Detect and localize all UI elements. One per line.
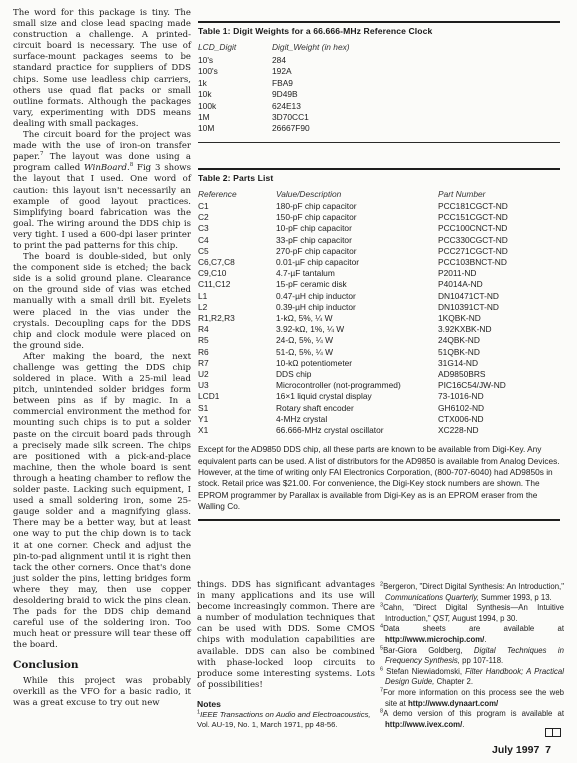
table-row: L20.39-µH chip inductorDN10391CT-ND — [198, 302, 560, 313]
table-row: R524-Ω, 5%, ¼ W24QBK-ND — [198, 335, 560, 346]
cell-digit: 10M — [198, 123, 272, 134]
cell-digit: 10's — [198, 55, 272, 66]
cell-reference: R5 — [198, 335, 276, 346]
cell-description: 4.7-µF tantalum — [276, 268, 438, 279]
cell-part-number: PCC151CGCT-ND — [438, 212, 508, 223]
middle-column: things. DDS has significant advantages i… — [197, 580, 375, 729]
page-number: 7 — [545, 744, 551, 756]
table-row: C433-pF chip capacitorPCC330CGCT-ND — [198, 235, 560, 246]
cell-description: 16×1 liquid crystal display — [276, 391, 438, 402]
cell-reference: R1,R2,R3 — [198, 313, 276, 324]
cell-part-number: PCC330CGCT-ND — [438, 235, 508, 246]
note-text: pp 107-118. — [460, 656, 503, 665]
notes-heading: Notes — [197, 699, 375, 710]
table-row: Y14-MHz crystalCTX006-ND — [198, 414, 560, 425]
cell-description: 1-kΩ, 5%, ¼ W — [276, 313, 438, 324]
end-of-article-icon — [545, 728, 561, 737]
note-text: . — [484, 635, 486, 644]
table-row: R710-kΩ potentiometer31G14-ND — [198, 358, 560, 369]
table-top-rule — [198, 168, 560, 170]
cell-part-number: PCC100CNCT-ND — [438, 223, 507, 234]
table-row: C11,C1215-pF ceramic diskP4014A-ND — [198, 279, 560, 290]
cell-reference: R7 — [198, 358, 276, 369]
table-row: R1,R2,R31-kΩ, 5%, ¼ W1KQBK-ND — [198, 313, 560, 324]
table-row: X166.666-MHz crystal oscillatorXC228-ND — [198, 425, 560, 436]
table-note: Except for the AD9850 DDS chip, all thes… — [198, 444, 560, 512]
cell-description: Microcontroller (not-programmed) — [276, 380, 438, 391]
note-text: Data sheets are available at — [383, 624, 564, 633]
table-body: C1180-pF chip capacitorPCC181CGCT-ND C21… — [198, 201, 560, 436]
notes-list: 2Bergeron, "Direct Digital Synthesis: An… — [380, 582, 564, 730]
note-text: A demo version of this program is availa… — [383, 709, 564, 718]
cell-reference: LCD1 — [198, 391, 276, 402]
note-5: 5Bar-Giora Goldberg, Digital Techniques … — [380, 646, 564, 667]
cell-reference: C2 — [198, 212, 276, 223]
cell-part-number: 31G14-ND — [438, 358, 478, 369]
cell-part-number: PIC16C54/JW-ND — [438, 380, 506, 391]
cell-weight: 192A — [272, 66, 292, 77]
cell-part-number: 3.92KXBK-ND — [438, 324, 492, 335]
cell-description: Rotary shaft encoder — [276, 403, 438, 414]
table-parts-list: Table 2: Parts List Reference Value/Desc… — [198, 168, 560, 521]
paragraph-double-sided: The board is double-sided, but only the … — [13, 252, 191, 352]
header-part-number: Part Number — [438, 189, 485, 199]
table-row: U3Microcontroller (not-programmed)PIC16C… — [198, 380, 560, 391]
note-4: 4Data sheets are available at http://www… — [380, 624, 564, 645]
table-title: Table 1: Digit Weights for a 66.666-MHz … — [198, 26, 560, 36]
table-row: 10's284 — [198, 55, 560, 66]
table-row: R651-Ω, 5%, ¼ W51QBK-ND — [198, 347, 560, 358]
table-row: 1M3D70CC1 — [198, 112, 560, 123]
note-text: Summer 1993, p 13. — [479, 593, 552, 602]
cell-weight: FBA9 — [272, 78, 293, 89]
left-column: The word for this package is tiny. The s… — [13, 8, 191, 709]
conclusion-heading: Conclusion — [13, 660, 191, 671]
cell-reference: C1 — [198, 201, 276, 212]
paragraph-conclusion-continued: things. DDS has significant advantages i… — [197, 580, 375, 691]
table-bottom-rule — [198, 519, 560, 521]
table-row: C9,C104.7-µF tantalumP2011-ND — [198, 268, 560, 279]
cell-description: 66.666-MHz crystal oscillator — [276, 425, 438, 436]
header-value-description: Value/Description — [276, 189, 438, 199]
note-7: 7For more information on this process se… — [380, 688, 564, 709]
program-name: WinBoard. — [84, 163, 130, 173]
cell-reference: U2 — [198, 369, 276, 380]
cell-reference: L2 — [198, 302, 276, 313]
cell-reference: C3 — [198, 223, 276, 234]
cell-weight: 3D70CC1 — [272, 112, 309, 123]
table-title: Table 2: Parts List — [198, 173, 560, 183]
note-1: 1IEEE Transactions on Audio and Electroa… — [197, 710, 375, 729]
table-body: 10's284 100's192A 1kFBA9 10k9D49B 100k62… — [198, 55, 560, 135]
cell-description: 150-pF chip capacitor — [276, 212, 438, 223]
cell-description: 0.47-µH chip inductor — [276, 291, 438, 302]
cell-reference: C11,C12 — [198, 279, 276, 290]
table-row: 100k624E13 — [198, 101, 560, 112]
cell-part-number: XC228-ND — [438, 425, 479, 436]
paragraph-circuit-board: The circuit board for the project was ma… — [13, 130, 191, 252]
paragraph-conclusion: While this project was probably overkill… — [13, 676, 191, 709]
cell-part-number: PCC181CGCT-ND — [438, 201, 508, 212]
cell-reference: U3 — [198, 380, 276, 391]
table-header-row: LCD_Digit Digit_Weight (in hex) — [198, 42, 560, 52]
note-link[interactable]: http://www.ivex.com/ — [385, 720, 462, 729]
note-text: Bar-Giora Goldberg, — [383, 646, 474, 655]
cell-description: 51-Ω, 5%, ¼ W — [276, 347, 438, 358]
cell-part-number: PCC271CGCT-ND — [438, 246, 508, 257]
table-row: C2150-pF chip capacitorPCC151CGCT-ND — [198, 212, 560, 223]
cell-description: 180-pF chip capacitor — [276, 201, 438, 212]
note-link[interactable]: http://www.microchip.com/ — [385, 635, 484, 644]
cell-reference: R6 — [198, 347, 276, 358]
cell-reference: X1 — [198, 425, 276, 436]
cell-part-number: GH6102-ND — [438, 403, 484, 414]
cell-digit: 1k — [198, 78, 272, 89]
cell-description: 10-pF chip capacitor — [276, 223, 438, 234]
note-2: 2Bergeron, "Direct Digital Synthesis: An… — [380, 582, 564, 603]
cell-reference: S1 — [198, 403, 276, 414]
note-6: 6 Stefan Niewiadomski, Filter Handbook; … — [380, 667, 564, 688]
cell-part-number: 24QBK-ND — [438, 335, 480, 346]
note-text: Stefan Niewiadomski, — [383, 667, 465, 676]
note-text: Chapter 2. — [434, 677, 473, 686]
cell-part-number: 73-1016-ND — [438, 391, 484, 402]
note-8: 8A demo version of this program is avail… — [380, 709, 564, 730]
cell-part-number: 51QBK-ND — [438, 347, 480, 358]
note-3: 3Cahn, "Direct Digital Synthesis—An Intu… — [380, 603, 564, 624]
table-row: C1180-pF chip capacitorPCC181CGCT-ND — [198, 201, 560, 212]
cell-reference: R4 — [198, 324, 276, 335]
table-row: S1Rotary shaft encoderGH6102-ND — [198, 403, 560, 414]
cell-description: 0.01-µF chip capacitor — [276, 257, 438, 268]
cell-description: 10-kΩ potentiometer — [276, 358, 438, 369]
table-row: 100's192A — [198, 66, 560, 77]
table-row: C6,C7,C80.01-µF chip capacitorPCC103BNCT… — [198, 257, 560, 268]
cell-part-number: DN10391CT-ND — [438, 302, 499, 313]
cell-part-number: AD9850BRS — [438, 369, 486, 380]
cell-weight: 26667F90 — [272, 123, 310, 134]
cell-part-number: CTX006-ND — [438, 414, 484, 425]
cell-description: DDS chip — [276, 369, 438, 380]
note-title: Communications Quarterly, — [385, 593, 479, 602]
note-text: August 1994, p 30. — [450, 614, 517, 623]
table-row: R43.92-kΩ, 1%, ¼ W3.92KXBK-ND — [198, 324, 560, 335]
cell-part-number: 1KQBK-ND — [438, 313, 481, 324]
cell-description: 4-MHz crystal — [276, 414, 438, 425]
cell-reference: C5 — [198, 246, 276, 257]
header-lcd-digit: LCD_Digit — [198, 42, 272, 52]
table-header-row: Reference Value/Description Part Number — [198, 189, 560, 199]
table-row: LCD116×1 liquid crystal display73-1016-N… — [198, 391, 560, 402]
page-footer: July 1997 7 — [492, 744, 551, 756]
note-text: . — [462, 720, 464, 729]
note-title: QST, — [433, 614, 450, 623]
paragraph-soldering: After making the board, the next challen… — [13, 352, 191, 652]
note-title: IEEE Transactions on Audio and Electroac… — [200, 710, 371, 719]
cell-reference: Y1 — [198, 414, 276, 425]
paragraph-text: Fig 3 shows the layout that I used. One … — [13, 163, 191, 251]
issue-date: July 1997 — [492, 744, 539, 756]
table-row: U2DDS chipAD9850BRS — [198, 369, 560, 380]
cell-reference: C6,C7,C8 — [198, 257, 276, 268]
table-row: C5270-pF chip capacitorPCC271CGCT-ND — [198, 246, 560, 257]
table-row: 1kFBA9 — [198, 78, 560, 89]
cell-part-number: P2011-ND — [438, 268, 476, 279]
table-row: 10M26667F90 — [198, 123, 560, 134]
cell-description: 24-Ω, 5%, ¼ W — [276, 335, 438, 346]
cell-part-number: DN10471CT-ND — [438, 291, 499, 302]
cell-reference: C9,C10 — [198, 268, 276, 279]
table-digit-weights: Table 1: Digit Weights for a 66.666-MHz … — [198, 21, 560, 143]
cell-part-number: PCC103BNCT-ND — [438, 257, 507, 268]
cell-digit: 1M — [198, 112, 272, 123]
note-text: Vol. AU-19, No. 1, March 1971, pp 48-56. — [197, 720, 338, 729]
table-row: L10.47-µH chip inductorDN10471CT-ND — [198, 291, 560, 302]
cell-description: 270-pF chip capacitor — [276, 246, 438, 257]
cell-digit: 10k — [198, 89, 272, 100]
cell-digit: 100k — [198, 101, 272, 112]
table-row: C310-pF chip capacitorPCC100CNCT-ND — [198, 223, 560, 234]
table-top-rule — [198, 21, 560, 23]
header-reference: Reference — [198, 189, 276, 199]
header-digit-weight: Digit_Weight (in hex) — [272, 42, 350, 52]
table-bottom-rule — [198, 142, 560, 143]
table-row: 10k9D49B — [198, 89, 560, 100]
note-text: Bergeron, "Direct Digital Synthesis: An … — [383, 582, 564, 591]
cell-reference: L1 — [198, 291, 276, 302]
cell-part-number: P4014A-ND — [438, 279, 483, 290]
cell-description: 33-pF chip capacitor — [276, 235, 438, 246]
cell-weight: 9D49B — [272, 89, 298, 100]
cell-digit: 100's — [198, 66, 272, 77]
cell-weight: 284 — [272, 55, 286, 66]
cell-description: 15-pF ceramic disk — [276, 279, 438, 290]
cell-reference: C4 — [198, 235, 276, 246]
paragraph-package: The word for this package is tiny. The s… — [13, 8, 191, 130]
cell-description: 0.39-µH chip inductor — [276, 302, 438, 313]
cell-weight: 624E13 — [272, 101, 301, 112]
note-link[interactable]: http://www.dynaart.com/ — [408, 699, 498, 708]
cell-description: 3.92-kΩ, 1%, ¼ W — [276, 324, 438, 335]
